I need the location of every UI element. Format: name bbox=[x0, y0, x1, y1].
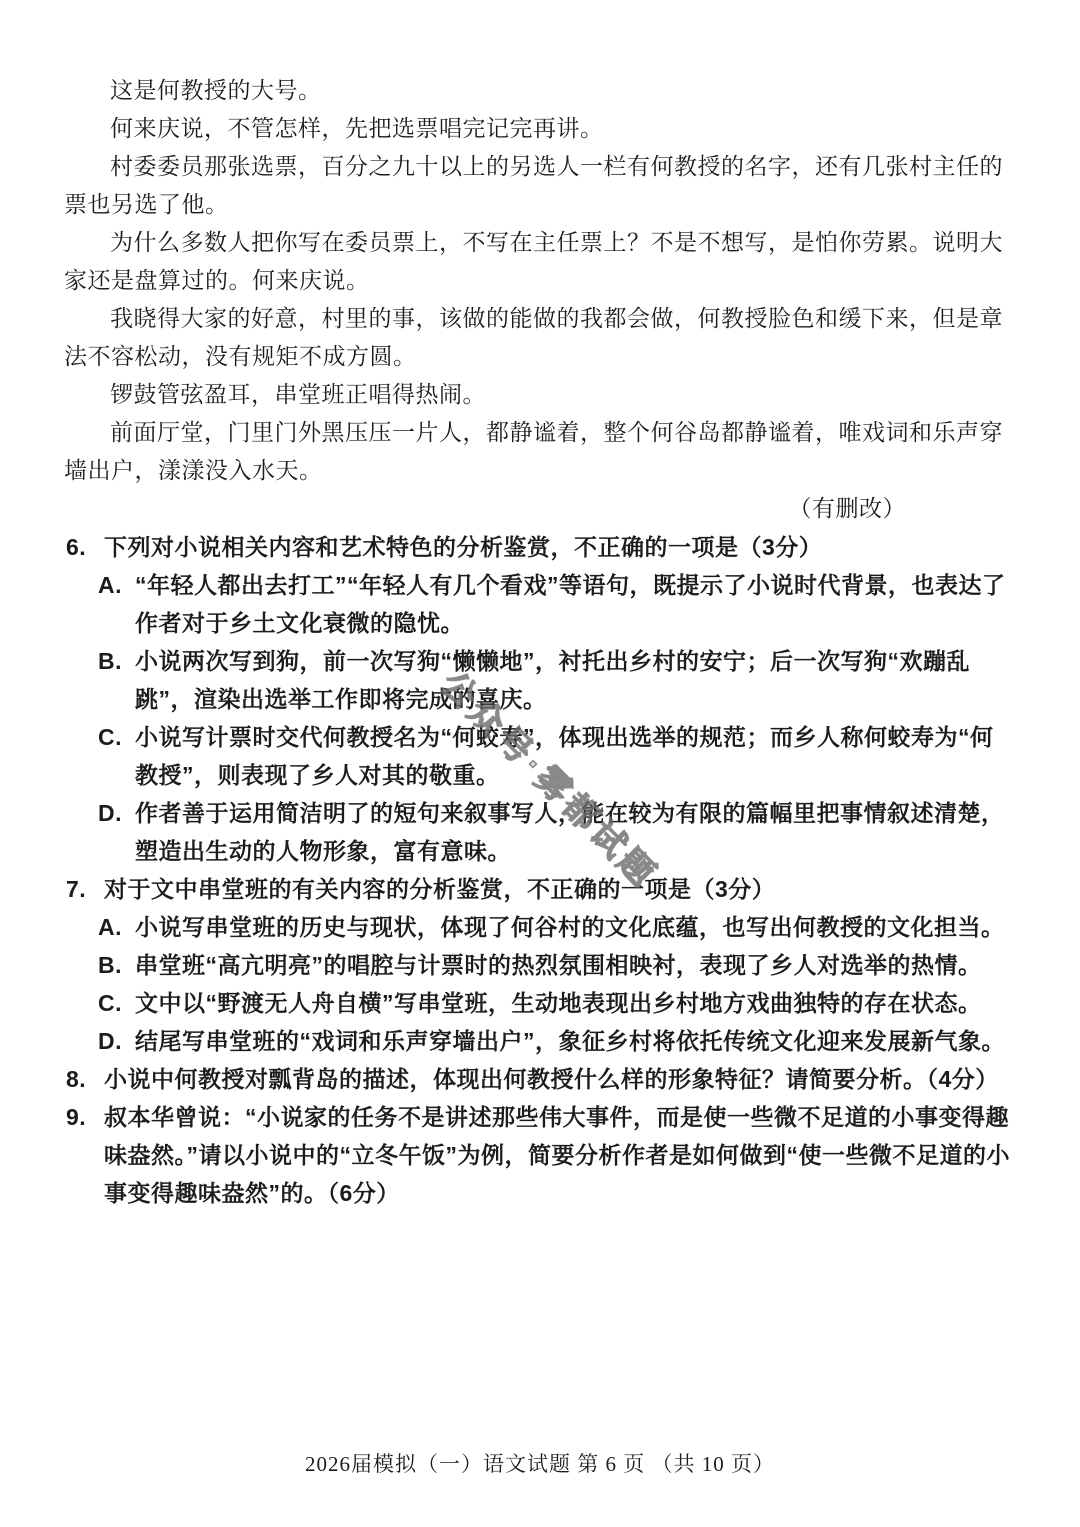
option-6d: D. 作者善于运用简洁明了的短句来叙事写人，能在较为有限的篇幅里把事情叙述清楚，… bbox=[98, 794, 1016, 870]
question-6: 6. 下列对小说相关内容和艺术特色的分析鉴赏，不正确的一项是（3分） A. “年… bbox=[64, 528, 1016, 870]
option-label: C. bbox=[98, 984, 135, 1022]
question-number: 9. bbox=[66, 1098, 104, 1136]
option-7a: A. 小说写串堂班的历史与现状，体现了何谷村的文化底蕴，也写出何教授的文化担当。 bbox=[98, 908, 1016, 946]
question-body: 叔本华曾说：“小说家的任务不是讲述那些伟大事件，而是使一些微不足道的小事变得趣味… bbox=[104, 1098, 1016, 1212]
option-text: 串堂班“高亢明亮”的唱腔与计票时的热烈氛围相映衬，表现了乡人对选举的热情。 bbox=[135, 946, 1016, 984]
question-number: 6. bbox=[66, 528, 104, 566]
option-6b: B. 小说两次写到狗，前一次写狗“懒懒地”，衬托出乡村的安宁；后一次写狗“欢蹦乱… bbox=[98, 642, 1016, 718]
reading-passage: 这是何教授的大号。 何来庆说，不管怎样，先把选票唱完记完再讲。 村委委员那张选票… bbox=[64, 72, 1016, 528]
option-label: B. bbox=[98, 946, 135, 984]
question-body: 对于文中串堂班的有关内容的分析鉴赏，不正确的一项是（3分） A. 小说写串堂班的… bbox=[104, 870, 1016, 1060]
option-text: 作者善于运用简洁明了的短句来叙事写人，能在较为有限的篇幅里把事情叙述清楚，塑造出… bbox=[135, 794, 1016, 870]
option-label: D. bbox=[98, 1022, 135, 1060]
questions-section: 6. 下列对小说相关内容和艺术特色的分析鉴赏，不正确的一项是（3分） A. “年… bbox=[64, 528, 1016, 1212]
question-stem: 小说中何教授对瓢背岛的描述，体现出何教授什么样的形象特征？请简要分析。（4分） bbox=[104, 1060, 1016, 1098]
option-label: A. bbox=[98, 908, 135, 946]
question-number: 8. bbox=[66, 1060, 104, 1098]
question-8: 8. 小说中何教授对瓢背岛的描述，体现出何教授什么样的形象特征？请简要分析。（4… bbox=[64, 1060, 1016, 1098]
passage-paragraph: 我晓得大家的好意，村里的事，该做的能做的我都会做，何教授脸色和缓下来，但是章法不… bbox=[64, 300, 1016, 376]
option-label: B. bbox=[98, 642, 135, 680]
exam-page: 这是何教授的大号。 何来庆说，不管怎样，先把选票唱完记完再讲。 村委委员那张选票… bbox=[0, 0, 1080, 1212]
question-9: 9. 叔本华曾说：“小说家的任务不是讲述那些伟大事件，而是使一些微不足道的小事变… bbox=[64, 1098, 1016, 1212]
option-text: 小说写计票时交代何教授名为“何蛟寿”，体现出选举的规范；而乡人称何蛟寿为“何教授… bbox=[135, 718, 1016, 794]
question-body: 下列对小说相关内容和艺术特色的分析鉴赏，不正确的一项是（3分） A. “年轻人都… bbox=[104, 528, 1016, 870]
option-7c: C. 文中以“野渡无人舟自横”写串堂班，生动地表现出乡村地方戏曲独特的存在状态。 bbox=[98, 984, 1016, 1022]
option-label: D. bbox=[98, 794, 135, 832]
option-label: C. bbox=[98, 718, 135, 756]
page-footer: 2026届模拟（一）语文试题 第 6 页 （共 10 页） bbox=[0, 1448, 1080, 1478]
option-text: “年轻人都出去打工”“年轻人有几个看戏”等语句，既提示了小说时代背景，也表达了作… bbox=[135, 566, 1016, 642]
question-7: 7. 对于文中串堂班的有关内容的分析鉴赏，不正确的一项是（3分） A. 小说写串… bbox=[64, 870, 1016, 1060]
question-number: 7. bbox=[66, 870, 104, 908]
option-text: 小说写串堂班的历史与现状，体现了何谷村的文化底蕴，也写出何教授的文化担当。 bbox=[135, 908, 1016, 946]
question-stem: 对于文中串堂班的有关内容的分析鉴赏，不正确的一项是（3分） bbox=[104, 870, 1016, 908]
passage-paragraph: 锣鼓管弦盈耳，串堂班正唱得热闹。 bbox=[64, 376, 1016, 414]
question-body: 小说中何教授对瓢背岛的描述，体现出何教授什么样的形象特征？请简要分析。（4分） bbox=[104, 1060, 1016, 1098]
option-7d: D. 结尾写串堂班的“戏词和乐声穿墙出户”，象征乡村将依托传统文化迎来发展新气象… bbox=[98, 1022, 1016, 1060]
option-text: 小说两次写到狗，前一次写狗“懒懒地”，衬托出乡村的安宁；后一次写狗“欢蹦乱跳”，… bbox=[135, 642, 1016, 718]
option-6a: A. “年轻人都出去打工”“年轻人有几个看戏”等语句，既提示了小说时代背景，也表… bbox=[98, 566, 1016, 642]
option-label: A. bbox=[98, 566, 135, 604]
option-text: 结尾写串堂班的“戏词和乐声穿墙出户”，象征乡村将依托传统文化迎来发展新气象。 bbox=[135, 1022, 1016, 1060]
passage-paragraph: 这是何教授的大号。 bbox=[64, 72, 1016, 110]
passage-paragraph: 村委委员那张选票，百分之九十以上的另选人一栏有何教授的名字，还有几张村主任的票也… bbox=[64, 148, 1016, 224]
passage-paragraph: 为什么多数人把你写在委员票上，不写在主任票上？不是不想写，是怕你劳累。说明大家还… bbox=[64, 224, 1016, 300]
question-stem: 叔本华曾说：“小说家的任务不是讲述那些伟大事件，而是使一些微不足道的小事变得趣味… bbox=[104, 1098, 1016, 1212]
question-stem: 下列对小说相关内容和艺术特色的分析鉴赏，不正确的一项是（3分） bbox=[104, 528, 1016, 566]
option-7b: B. 串堂班“高亢明亮”的唱腔与计票时的热烈氛围相映衬，表现了乡人对选举的热情。 bbox=[98, 946, 1016, 984]
option-6c: C. 小说写计票时交代何教授名为“何蛟寿”，体现出选举的规范；而乡人称何蛟寿为“… bbox=[98, 718, 1016, 794]
passage-attribution: （有删改） bbox=[64, 490, 1016, 528]
passage-paragraph: 何来庆说，不管怎样，先把选票唱完记完再讲。 bbox=[64, 110, 1016, 148]
passage-paragraph: 前面厅堂，门里门外黑压压一片人，都静谧着，整个何谷岛都静谧着，唯戏词和乐声穿墙出… bbox=[64, 414, 1016, 490]
option-text: 文中以“野渡无人舟自横”写串堂班，生动地表现出乡村地方戏曲独特的存在状态。 bbox=[135, 984, 1016, 1022]
